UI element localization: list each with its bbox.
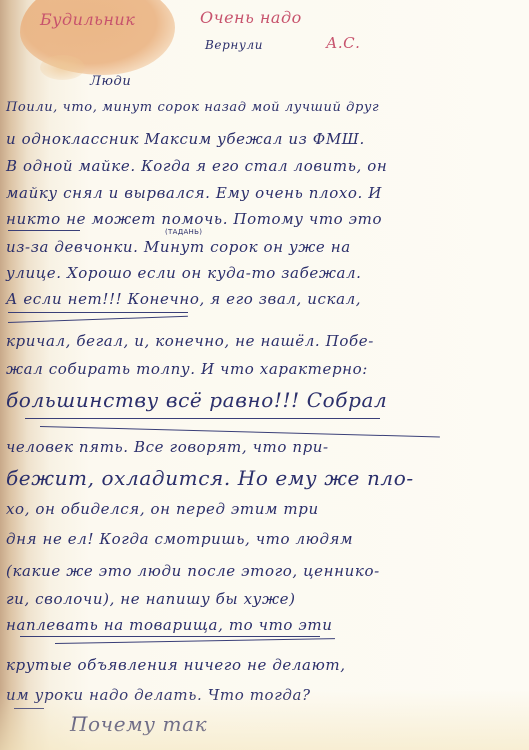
- text-line-18: наплевать на товарища, то что эти: [6, 616, 519, 634]
- text-line-19: крутые объявления ничего не делают,: [6, 656, 519, 674]
- divider-line-1: [25, 418, 380, 419]
- underline-naplevat-2: [55, 638, 335, 644]
- text-line-5: никто не может помочь. Потому что это: [6, 210, 519, 228]
- scribble-mark: [14, 708, 44, 709]
- header-initials: А.С.: [326, 34, 360, 52]
- annotation-above: (ТАДАНЬ): [165, 228, 202, 236]
- text-line-7: улице. Хорошо если он куда-то забежал.: [6, 264, 519, 282]
- text-line-16: (какие же это люди после этого, ценнико-: [6, 562, 519, 580]
- heading: Люди: [90, 74, 519, 89]
- text-line-1: Поили, что, минут сорок назад мой лучший…: [6, 100, 519, 115]
- header-title-left: Будильник: [40, 10, 135, 29]
- text-line-20: им уроки надо делать. Что тогда?: [6, 686, 519, 704]
- text-line-13: бежит, охладится. Но ему же пло-: [6, 466, 519, 490]
- text-line-2: и одноклассник Максим убежал из ФМШ.: [6, 130, 519, 148]
- text-line-11: большинству всё равно!!! Собрал: [6, 388, 519, 412]
- divider-line-2: [40, 426, 440, 437]
- underline-naplevat: [20, 636, 320, 637]
- text-line-3: В одной майке. Когда я его стал ловить, …: [6, 157, 519, 175]
- small-stain: [40, 55, 85, 80]
- header-subtitle: Вернули: [205, 38, 519, 52]
- notebook-page: Будильник Очень надо Вернули А.С. Люди П…: [0, 0, 529, 750]
- underline-a-esli-net: [8, 312, 188, 313]
- header-title-right: Очень надо: [200, 8, 302, 27]
- text-line-14: хо, он обиделся, он перед этим три: [6, 500, 519, 518]
- underline-nikto: [8, 230, 80, 231]
- text-line-6: из-за девчонки. Минут сорок он уже на: [6, 238, 519, 256]
- text-line-21: Почему так: [70, 712, 519, 736]
- text-line-17: ги, сволочи), не напишу бы хуже): [6, 590, 519, 608]
- text-line-8: А если нет!!! Конечно, я его звал, искал…: [6, 290, 519, 308]
- text-line-15: дня не ел! Когда смотришь, что людям: [6, 530, 519, 548]
- underline-2: [8, 316, 188, 323]
- text-line-10: жал собирать толпу. И что характерно:: [6, 360, 519, 378]
- text-line-12: человек пять. Все говорят, что при-: [6, 438, 519, 456]
- text-line-4: майку снял и вырвался. Ему очень плохо. …: [6, 184, 519, 202]
- text-line-9: кричал, бегал, и, конечно, не нашёл. Поб…: [6, 332, 519, 350]
